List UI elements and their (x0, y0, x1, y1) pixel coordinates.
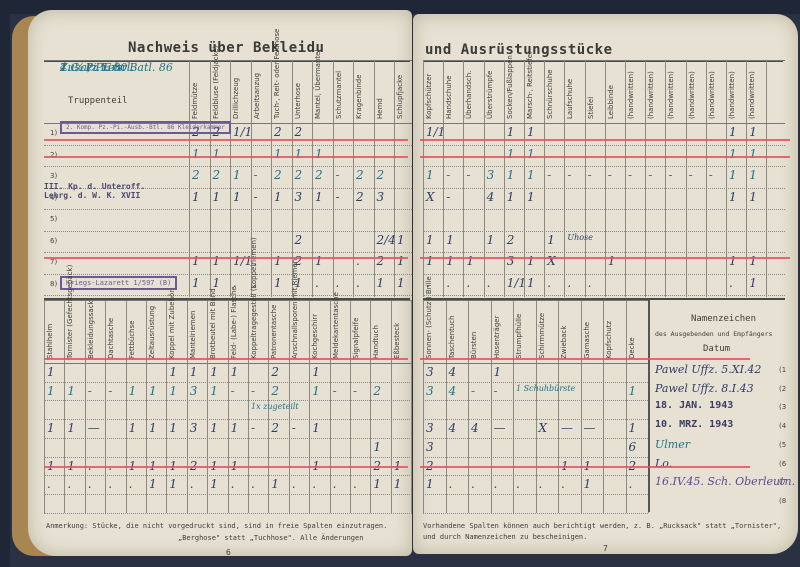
handwritten-entry: - (668, 168, 672, 182)
handwritten-entry: 2 (213, 168, 221, 182)
signature-entry: 18. JAN. 1943 (655, 400, 733, 411)
column-header: Schnürschuhe (546, 65, 563, 119)
handwritten-entry: 1 (192, 190, 200, 204)
handwritten-entry: 4 (449, 365, 457, 379)
red-strike-line (420, 466, 750, 468)
handwritten-entry: 1 (527, 147, 535, 161)
handwritten-entry: 1/1 (426, 125, 445, 139)
column-header: Leibbinde (607, 65, 624, 119)
signature-header-2: des Ausgebenden und Empfängers (655, 330, 772, 338)
red-strike-line (420, 139, 790, 141)
handwritten-entry: - (471, 384, 475, 398)
handwritten-entry: . (88, 477, 92, 491)
column-header: Meldekartentasche (332, 305, 349, 359)
handwritten-entry: 1 (169, 421, 177, 435)
row-number: (8 (779, 497, 786, 505)
handwritten-entry: . (588, 276, 592, 290)
handwritten-entry: 1 (749, 125, 757, 139)
column-header: Strumpfhülle (515, 305, 535, 359)
signature-entry: 10. MRZ. 1943 (655, 419, 733, 430)
handwritten-entry: . (47, 477, 51, 491)
red-strike-line (44, 139, 408, 141)
row-divider (44, 274, 412, 275)
handwritten-entry: - (251, 421, 255, 435)
handwritten-entry: 1 (547, 233, 555, 247)
row-divider (423, 252, 785, 253)
handwritten-entry: 2 (356, 168, 364, 182)
column-divider (468, 301, 469, 513)
column-divider (605, 61, 606, 297)
handwritten-entry: 2 (295, 233, 303, 247)
row-divider (423, 166, 785, 167)
handwritten-entry: — (584, 421, 596, 435)
handwritten-entry: 4 (471, 421, 479, 435)
handwritten-entry: 1 (213, 190, 221, 204)
handwritten-entry: 1 (312, 421, 320, 435)
handwritten-entry: - (353, 384, 357, 398)
handwritten-entry: 1 (426, 477, 434, 491)
handwritten-entry: 2 (373, 384, 381, 398)
handwritten-entry: 1 (749, 147, 757, 161)
column-divider (625, 61, 626, 297)
handwritten-entry: - (547, 168, 551, 182)
handwritten-entry: 1 (190, 365, 198, 379)
column-divider (353, 61, 354, 297)
column-header: Arbeitsanzug (253, 65, 271, 119)
column-header: Stiefel (587, 65, 604, 119)
row-divider (423, 209, 785, 210)
column-header: Fettbüchse (128, 305, 145, 359)
column-divider (374, 61, 375, 297)
handwritten-entry: - (494, 384, 498, 398)
column-header: Bürsten (470, 305, 490, 359)
page-number-right: 7 (603, 544, 608, 553)
handwritten-entry: - (333, 384, 337, 398)
row-divider (44, 166, 412, 167)
handwritten-entry: 1 (507, 168, 515, 182)
column-divider (146, 301, 147, 513)
handwritten-entry: — (88, 421, 100, 435)
handwritten-entry: 1 (312, 384, 320, 398)
handwritten-entry: 1 (527, 125, 535, 139)
handwritten-entry: - (88, 384, 92, 398)
handwritten-entry: . (539, 477, 543, 491)
row-number: (3 (779, 403, 786, 411)
handwritten-entry: - (648, 168, 652, 182)
handwritten-entry: 1 (729, 125, 737, 139)
row-divider (423, 513, 648, 514)
handwritten-entry: - (608, 168, 612, 182)
handwritten-entry: - (446, 168, 450, 182)
handwritten-entry: 1 (67, 421, 75, 435)
column-header: (handwritten) (627, 65, 644, 119)
handwritten-entry: 1 (210, 421, 218, 435)
lower-table-right: Sonnen- (Schutz-) BrilleTaschentuchBürst… (423, 300, 648, 513)
row-divider (423, 145, 785, 146)
handwritten-entry: 1 (487, 233, 495, 247)
handwritten-entry: 3 (377, 190, 385, 204)
handwritten-entry: 1 (507, 125, 515, 139)
handwritten-entry: 1 (47, 384, 55, 398)
row-divider (44, 400, 412, 401)
column-header: Gamasche (583, 305, 603, 359)
handwritten-entry: 1 (494, 365, 502, 379)
handwritten-entry: 1 (274, 147, 282, 161)
handwritten-entry: - (108, 384, 112, 398)
handwritten-entry: 2 (274, 168, 282, 182)
column-divider (189, 61, 190, 297)
handwritten-entry: 2 (192, 168, 200, 182)
column-header: (handwritten) (728, 65, 745, 119)
row-divider (44, 295, 412, 296)
column-header: Marsch-, Reitstiefel (526, 65, 543, 119)
handwritten-entry: 3 (190, 421, 198, 435)
column-header: Dachtasche (107, 305, 124, 359)
column-header: Kragenbinde (355, 65, 373, 119)
column-header: Feld- (Labe-) Flasche (230, 305, 247, 359)
column-header: (handwritten) (667, 65, 684, 119)
handwritten-entry: 3 (190, 384, 198, 398)
unit-entry: 1. ½ / Pi. 80 (60, 61, 127, 74)
column-divider (484, 61, 485, 297)
column-header: Kopfschutz (605, 305, 625, 359)
signature-header-3: Datum (703, 344, 730, 354)
handwritten-entry: . (108, 477, 112, 491)
handwritten-entry: 1 (397, 276, 405, 290)
column-header: Hosenträger (493, 305, 513, 359)
column-header: (handwritten) (688, 65, 705, 119)
handwritten-entry: 1 (315, 147, 323, 161)
handwritten-entry: 1 (192, 276, 200, 290)
handwritten-entry: . (67, 477, 71, 491)
red-strike-line (420, 358, 750, 360)
handwritten-entry: . (129, 477, 133, 491)
signature-divider (648, 300, 650, 512)
unit-entry: III. Kp. d. Unteroff. Lehrg. d. W. K. XV… (44, 182, 164, 200)
row-number: 7) (50, 258, 57, 266)
handwritten-entry: 3 (426, 365, 434, 379)
handwritten-entry: . (231, 477, 235, 491)
column-header: Mantel, Übermantel (314, 65, 332, 119)
red-strike-line (44, 257, 408, 259)
handwritten-entry: 1 (149, 421, 157, 435)
column-header: Hemd (376, 65, 394, 119)
handwritten-entry: . (312, 477, 316, 491)
column-divider (391, 301, 392, 513)
column-divider (585, 61, 586, 297)
handwritten-entry: 2/4 (377, 233, 396, 247)
row-divider (423, 400, 648, 401)
handwritten-entry: X (426, 190, 435, 204)
handwritten-entry: 1 (210, 365, 218, 379)
column-header: Überhandsch. (465, 65, 482, 119)
handwritten-entry: . (333, 477, 337, 491)
column-header: Mantelriemen (189, 305, 206, 359)
signature-entry: Ulmer (655, 438, 690, 451)
column-header: Schutzmantel (335, 65, 353, 119)
handwritten-entry: 6 (629, 440, 637, 454)
handwritten-entry: 1 (169, 384, 177, 398)
handwritten-entry: 1 (169, 477, 177, 491)
column-divider (686, 61, 687, 297)
handwritten-entry: 1 (426, 233, 434, 247)
column-header: Feldbluse (Feldjacke) (212, 65, 230, 119)
left-page: Nachweis über Bekleidu FeldmützeFeldblus… (28, 10, 412, 556)
column-divider (581, 301, 582, 513)
handwritten-entry: 1 (213, 147, 221, 161)
red-strike-line (420, 257, 790, 259)
handwritten-entry: - (567, 168, 571, 182)
row-number: 1) (50, 129, 57, 137)
handwritten-entry: 1 (749, 276, 757, 290)
column-header: Sonnen- (Schutz-) Brille (425, 305, 445, 359)
handwritten-entry: . (356, 276, 360, 290)
unit-entry: Kriegs-Lazarett 1/597 (B) (60, 276, 177, 290)
handwritten-entry: - (689, 168, 693, 182)
column-divider (626, 301, 627, 513)
column-header: Stahlhelm (46, 305, 63, 359)
handwritten-entry: 1 (233, 168, 241, 182)
column-header: Unterhose (294, 65, 312, 119)
handwritten-entry: 1 (527, 168, 535, 182)
column-divider (228, 301, 229, 513)
handwritten-entry: 1 (210, 384, 218, 398)
page-number-left: 6 (226, 548, 231, 557)
handwritten-entry: - (588, 168, 592, 182)
column-divider (44, 301, 45, 513)
handwritten-entry: 1 (67, 384, 75, 398)
handwritten-entry: 4 (487, 190, 495, 204)
row-divider (44, 419, 412, 420)
column-header: Decke (628, 305, 648, 359)
handwritten-entry: 1 (149, 477, 157, 491)
handwritten-entry: 1 (231, 421, 239, 435)
column-header: Socken/Fußlappen (506, 65, 523, 119)
handwritten-entry: . (567, 276, 571, 290)
column-header: (handwritten) (748, 65, 765, 119)
signature-header-1: Namenzeichen (691, 314, 756, 324)
handwritten-entry: 2 (356, 190, 364, 204)
handwritten-entry: 2 (271, 384, 279, 398)
column-header: Zeltausrüstung (148, 305, 165, 359)
column-divider (423, 61, 424, 297)
left-page-title: Nachweis über Bekleidu (128, 40, 324, 56)
right-page-title: und Ausrüstungsstücke (425, 42, 613, 58)
handwritten-entry: 1 (377, 276, 385, 290)
column-header: Tuch-, Reit- oder Feldhose (273, 65, 291, 119)
footer-note-left: Anmerkung: Stücke, die nicht vorgedruckt… (46, 522, 387, 530)
handwritten-entry: — (561, 421, 573, 435)
handwritten-entry: 1 (192, 147, 200, 161)
footer-note-right-2: und durch Namenzeichen zu bescheinigen. (423, 533, 587, 541)
handwritten-entry: . (336, 276, 340, 290)
column-header: Anschnallsporen mit Riemen (291, 305, 308, 359)
column-divider (126, 301, 127, 513)
handwritten-entry: - (446, 190, 450, 204)
column-divider (524, 61, 525, 297)
handwritten-entry: 1 (584, 477, 592, 491)
handwritten-entry: 1 (47, 365, 55, 379)
row-number: 3) (50, 172, 57, 180)
handwritten-entry: . (449, 477, 453, 491)
header-divider (423, 363, 648, 364)
handwritten-entry: . (516, 477, 520, 491)
right-page: und Ausrüstungsstücke KopfschützerHandsc… (413, 14, 798, 554)
handwritten-entry: 1 (446, 233, 454, 247)
handwritten-entry: 1 (729, 168, 737, 182)
handwritten-entry: 1 (507, 147, 515, 161)
row-divider (423, 457, 648, 458)
column-divider (394, 61, 395, 297)
column-divider (330, 301, 331, 513)
column-divider (513, 301, 514, 513)
handwritten-entry: 1 (274, 276, 282, 290)
handwritten-entry: . (466, 276, 470, 290)
handwritten-entry: 3 (487, 168, 495, 182)
handwritten-entry: 1 (129, 421, 137, 435)
column-header: Handtuch (372, 305, 389, 359)
handwritten-entry: 1 (295, 147, 303, 161)
column-header: Tornister (Gefechtsgepäck) (66, 305, 83, 359)
row-divider (423, 438, 648, 439)
column-header: Taschentuch (448, 305, 468, 359)
handwritten-entry: 1 (527, 190, 535, 204)
handwritten-entry: 1 (629, 421, 637, 435)
handwritten-entry: X (539, 421, 548, 435)
handwritten-entry: - (254, 168, 258, 182)
handwritten-entry: — (494, 421, 506, 435)
column-divider (603, 301, 604, 513)
column-header: Kopfschützer (425, 65, 442, 119)
column-divider (558, 301, 559, 513)
handwritten-entry: 1 (129, 384, 137, 398)
column-divider (423, 301, 424, 513)
truppenteil-header: Truppenteil (68, 96, 128, 106)
row-divider (44, 438, 412, 439)
handwritten-entry: 1 (629, 384, 637, 398)
handwritten-entry: 2 (295, 125, 303, 139)
column-divider (766, 61, 767, 297)
column-header: Signalpfeife (352, 305, 369, 359)
red-strike-line (44, 466, 408, 468)
handwritten-entry: . (729, 276, 733, 290)
column-divider (446, 301, 447, 513)
handwritten-entry: . (547, 276, 551, 290)
row-number: (5 (779, 441, 786, 449)
column-header: Bekleidungssack (87, 305, 104, 359)
row-divider (44, 382, 412, 383)
handwritten-entry: Uhose (567, 233, 593, 242)
column-divider (187, 301, 188, 513)
handwritten-entry: - (251, 384, 255, 398)
handwritten-entry: 1 (312, 365, 320, 379)
handwritten-entry: 1 (274, 190, 282, 204)
column-header: Laufschuhe (566, 65, 583, 119)
handwritten-entry: 1 (169, 365, 177, 379)
handwritten-entry: - (336, 190, 340, 204)
lower-table-left: StahlhelmTornister (Gefechtsgepäck)Bekle… (44, 300, 412, 513)
column-divider (350, 301, 351, 513)
handwritten-entry: 1/1 (233, 125, 252, 139)
handwritten-entry: . (251, 477, 255, 491)
column-header: Kochgeschirr (311, 305, 328, 359)
handwritten-entry: . (190, 477, 194, 491)
column-header: Feldmütze (191, 65, 209, 119)
footer-note-left-2: „Berghose" statt „Tuchhose". Alle Änderu… (178, 534, 363, 542)
handwritten-entry: . (471, 477, 475, 491)
handwritten-entry: - (628, 168, 632, 182)
handwritten-entry: 1 (373, 477, 381, 491)
column-header: (handwritten) (708, 65, 725, 119)
row-number: 6) (50, 237, 57, 245)
signature-entry: Pawel Uffz. 5.XI.42 (655, 363, 761, 376)
column-divider (271, 61, 272, 297)
row-divider (44, 457, 412, 458)
handwritten-entry: - (709, 168, 713, 182)
handwritten-entry: - (466, 168, 470, 182)
column-divider (491, 301, 492, 513)
column-header: Patronentasche (270, 305, 287, 359)
handwritten-entry: 1 (231, 365, 239, 379)
column-header: Koppel mit Zubehör (168, 305, 185, 359)
red-strike-line (44, 358, 408, 360)
column-header: Schirmmütze (538, 305, 558, 359)
column-divider (333, 61, 334, 297)
row-divider (423, 295, 785, 296)
handwritten-entry: 2 (295, 168, 303, 182)
handwritten-entry: 1 (507, 190, 515, 204)
column-divider (504, 61, 505, 297)
column-header: Überstrümpfe (486, 65, 503, 119)
row-number: 5) (50, 215, 57, 223)
unit-entry: 2. Komp. Pz.-Pi.-Ausb.-Btl. 86 Kleiderka… (60, 121, 231, 134)
row-divider (44, 209, 412, 210)
handwritten-entry: 1 (527, 276, 535, 290)
row-divider (423, 188, 785, 189)
handwritten-entry: . (446, 276, 450, 290)
handwritten-entry: - (231, 384, 235, 398)
column-divider (706, 61, 707, 297)
signature-entry: 16.IV.45. Sch. Oberleutn. (655, 475, 795, 488)
column-header: Koppeltragegestell (Koppelriemen) (250, 305, 267, 359)
row-divider (423, 494, 648, 495)
row-divider (44, 475, 412, 476)
column-divider (248, 301, 249, 513)
handwritten-entry: 1 (233, 190, 241, 204)
row-divider (44, 513, 412, 514)
handwritten-entry: 1 (373, 440, 381, 454)
handwritten-entry: 2 (271, 421, 279, 435)
row-divider (44, 145, 412, 146)
handwritten-entry: 1/1 (507, 276, 526, 290)
red-strike-line (420, 156, 790, 158)
handwritten-entry: 3 (426, 384, 434, 398)
handwritten-entry: 3 (295, 190, 303, 204)
handwritten-entry: 1 (210, 477, 218, 491)
column-divider (85, 301, 86, 513)
column-header: Schlupfjacke (396, 65, 414, 119)
red-strike-line (44, 156, 408, 158)
handwritten-entry: 1 (315, 190, 323, 204)
handwritten-entry: 4 (449, 384, 457, 398)
row-divider (423, 419, 648, 420)
handwritten-entry: 1 (749, 168, 757, 182)
upper-table-right: KopfschützerHandschuheÜberhandsch.Überst… (423, 60, 785, 297)
column-header: Handschuhe (445, 65, 462, 119)
column-divider (210, 61, 211, 297)
handwritten-entry: . (494, 477, 498, 491)
column-divider (726, 61, 727, 297)
